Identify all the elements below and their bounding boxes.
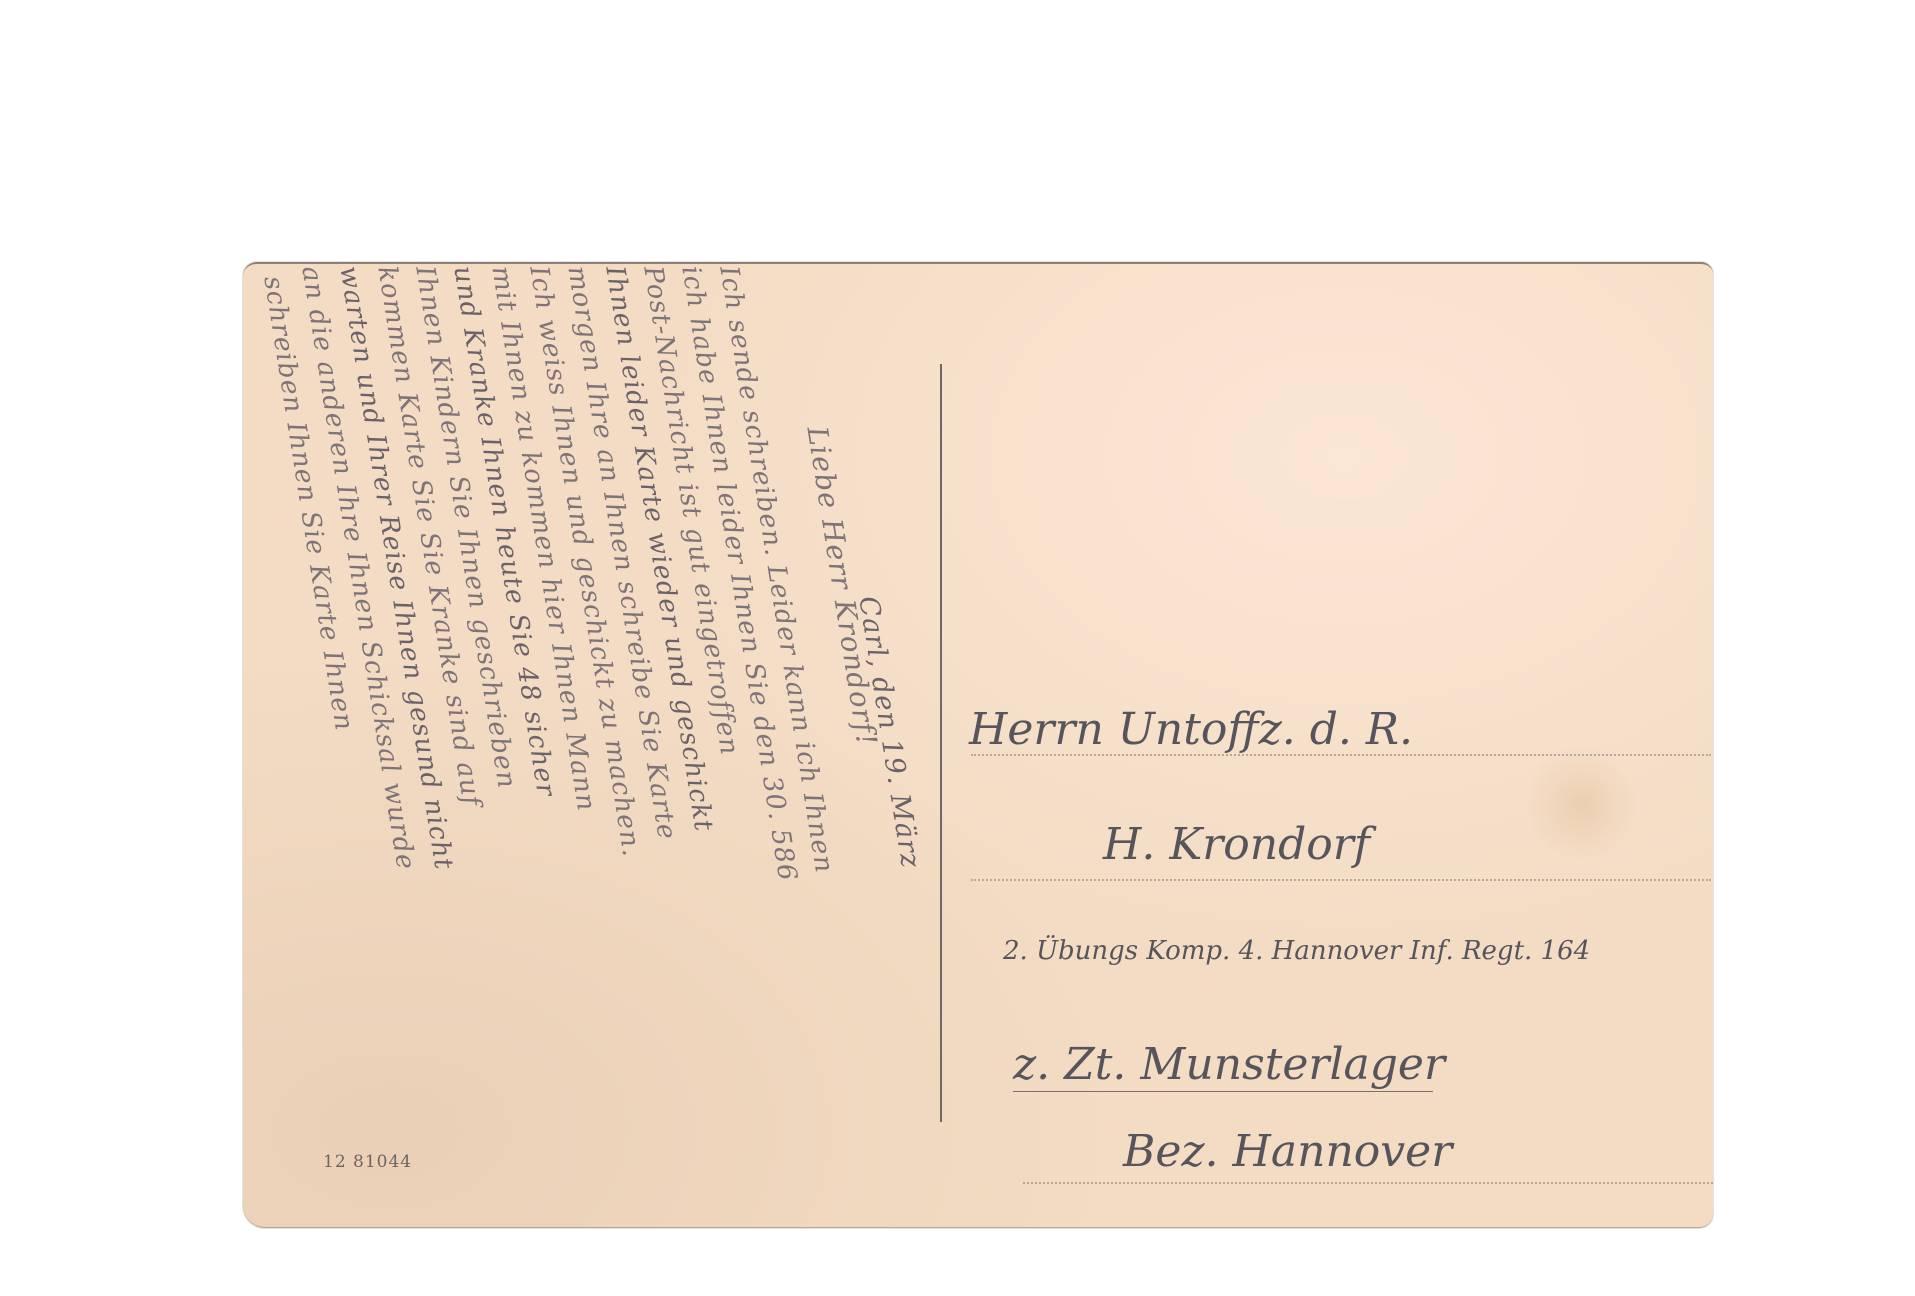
- address-dotted-line: [971, 754, 1711, 756]
- address-line-district: Bez. Hannover: [1123, 1126, 1452, 1177]
- postcard: Carl, den 19. März Liebe Herr Krondorf! …: [243, 262, 1713, 1228]
- print-code: 12 81044: [323, 1152, 412, 1172]
- address-line-recipient-title: Herrn Untoffz. d. R.: [969, 704, 1413, 755]
- message-greeting: Liebe Herr Krondorf!: [800, 424, 883, 748]
- address-line-location: z. Zt. Munsterlager: [1013, 1039, 1445, 1090]
- address-line-unit: 2. Übungs Komp. 4. Hannover Inf. Regt. 1…: [1003, 936, 1590, 966]
- address-underline: [1013, 1091, 1433, 1092]
- center-divider: [940, 364, 942, 1122]
- address-line-recipient-name: H. Krondorf: [1103, 819, 1370, 870]
- address-dotted-line: [971, 879, 1711, 881]
- address-dotted-line: [1023, 1182, 1713, 1184]
